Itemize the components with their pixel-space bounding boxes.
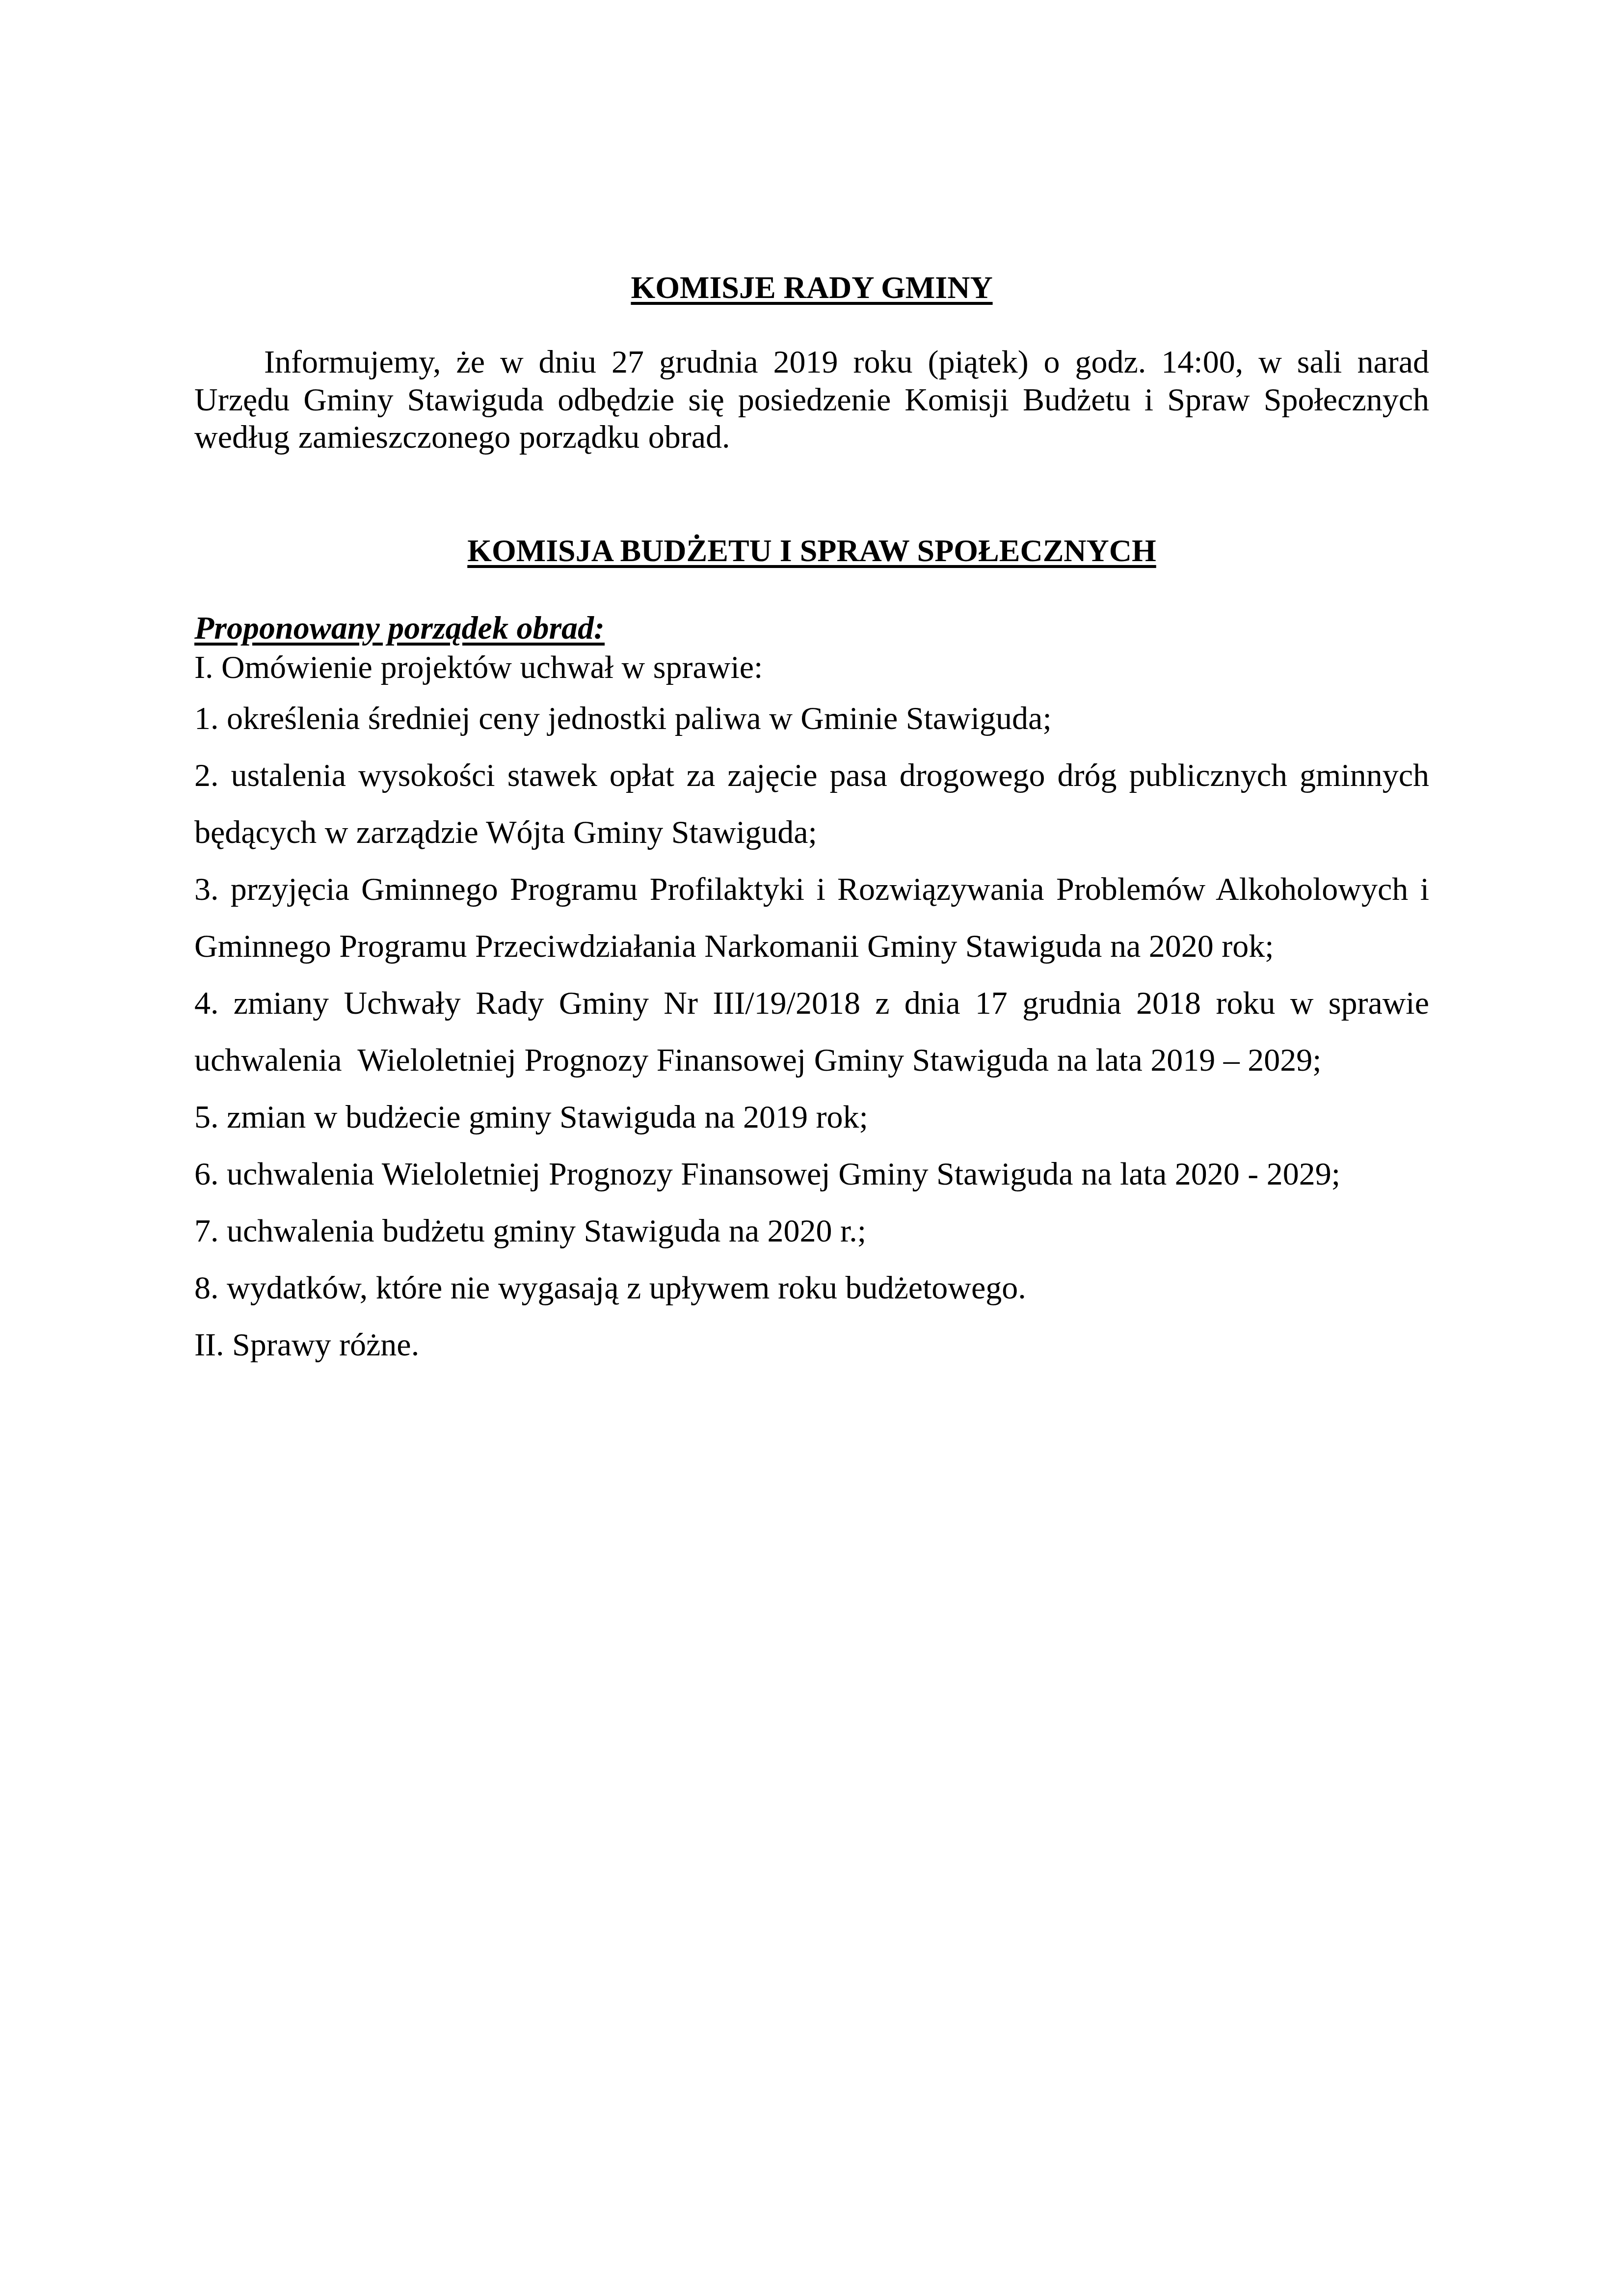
agenda-item-8: 8. wydatków, które nie wygasają z upływe… <box>194 1270 1429 1326</box>
agenda-list: I. Omówienie projektów uchwał w sprawie:… <box>194 649 1429 1383</box>
intro-paragraph: Informujemy, że w dniu 27 grudnia 2019 r… <box>194 344 1429 457</box>
agenda-item-6: 6. uchwalenia Wieloletniej Prognozy Fina… <box>194 1156 1429 1213</box>
agenda-item-7: 7. uchwalenia budżetu gminy Stawiguda na… <box>194 1213 1429 1270</box>
document-title-text: KOMISJE RADY GMINY <box>631 270 992 305</box>
agenda-item-4-line-1: 4. zmiany Uchwały Rady Gminy Nr III/19/2… <box>194 985 1429 1042</box>
agenda-item-3-line-2: Gminnego Programu Przeciwdziałania Narko… <box>194 928 1429 985</box>
agenda-item-2-line-2: będących w zarządzie Wójta Gminy Stawigu… <box>194 814 1429 871</box>
document-title: KOMISJE RADY GMINY <box>194 269 1429 306</box>
agenda-label: Proponowany porządek obrad: <box>194 610 605 647</box>
agenda-item-2-line-1: 2. ustalenia wysokości stawek opłat za z… <box>194 757 1429 814</box>
committee-heading-text: KOMISJA BUDŻETU I SPRAW SPOŁECZNYCH <box>467 533 1156 568</box>
agenda-item-5: 5. zmian w budżecie gminy Stawiguda na 2… <box>194 1099 1429 1156</box>
agenda-section-2: II. Sprawy różne. <box>194 1326 1429 1383</box>
agenda-section-1: I. Omówienie projektów uchwał w sprawie: <box>194 649 1429 700</box>
agenda-item-1: 1. określenia średniej ceny jednostki pa… <box>194 700 1429 757</box>
agenda-item-3-line-1: 3. przyjęcia Gminnego Programu Profilakt… <box>194 871 1429 928</box>
document-page: KOMISJE RADY GMINY Informujemy, że w dni… <box>0 0 1623 2296</box>
committee-heading: KOMISJA BUDŻETU I SPRAW SPOŁECZNYCH <box>194 532 1429 569</box>
agenda-item-4-line-2: uchwalenia Wieloletniej Prognozy Finanso… <box>194 1042 1429 1099</box>
